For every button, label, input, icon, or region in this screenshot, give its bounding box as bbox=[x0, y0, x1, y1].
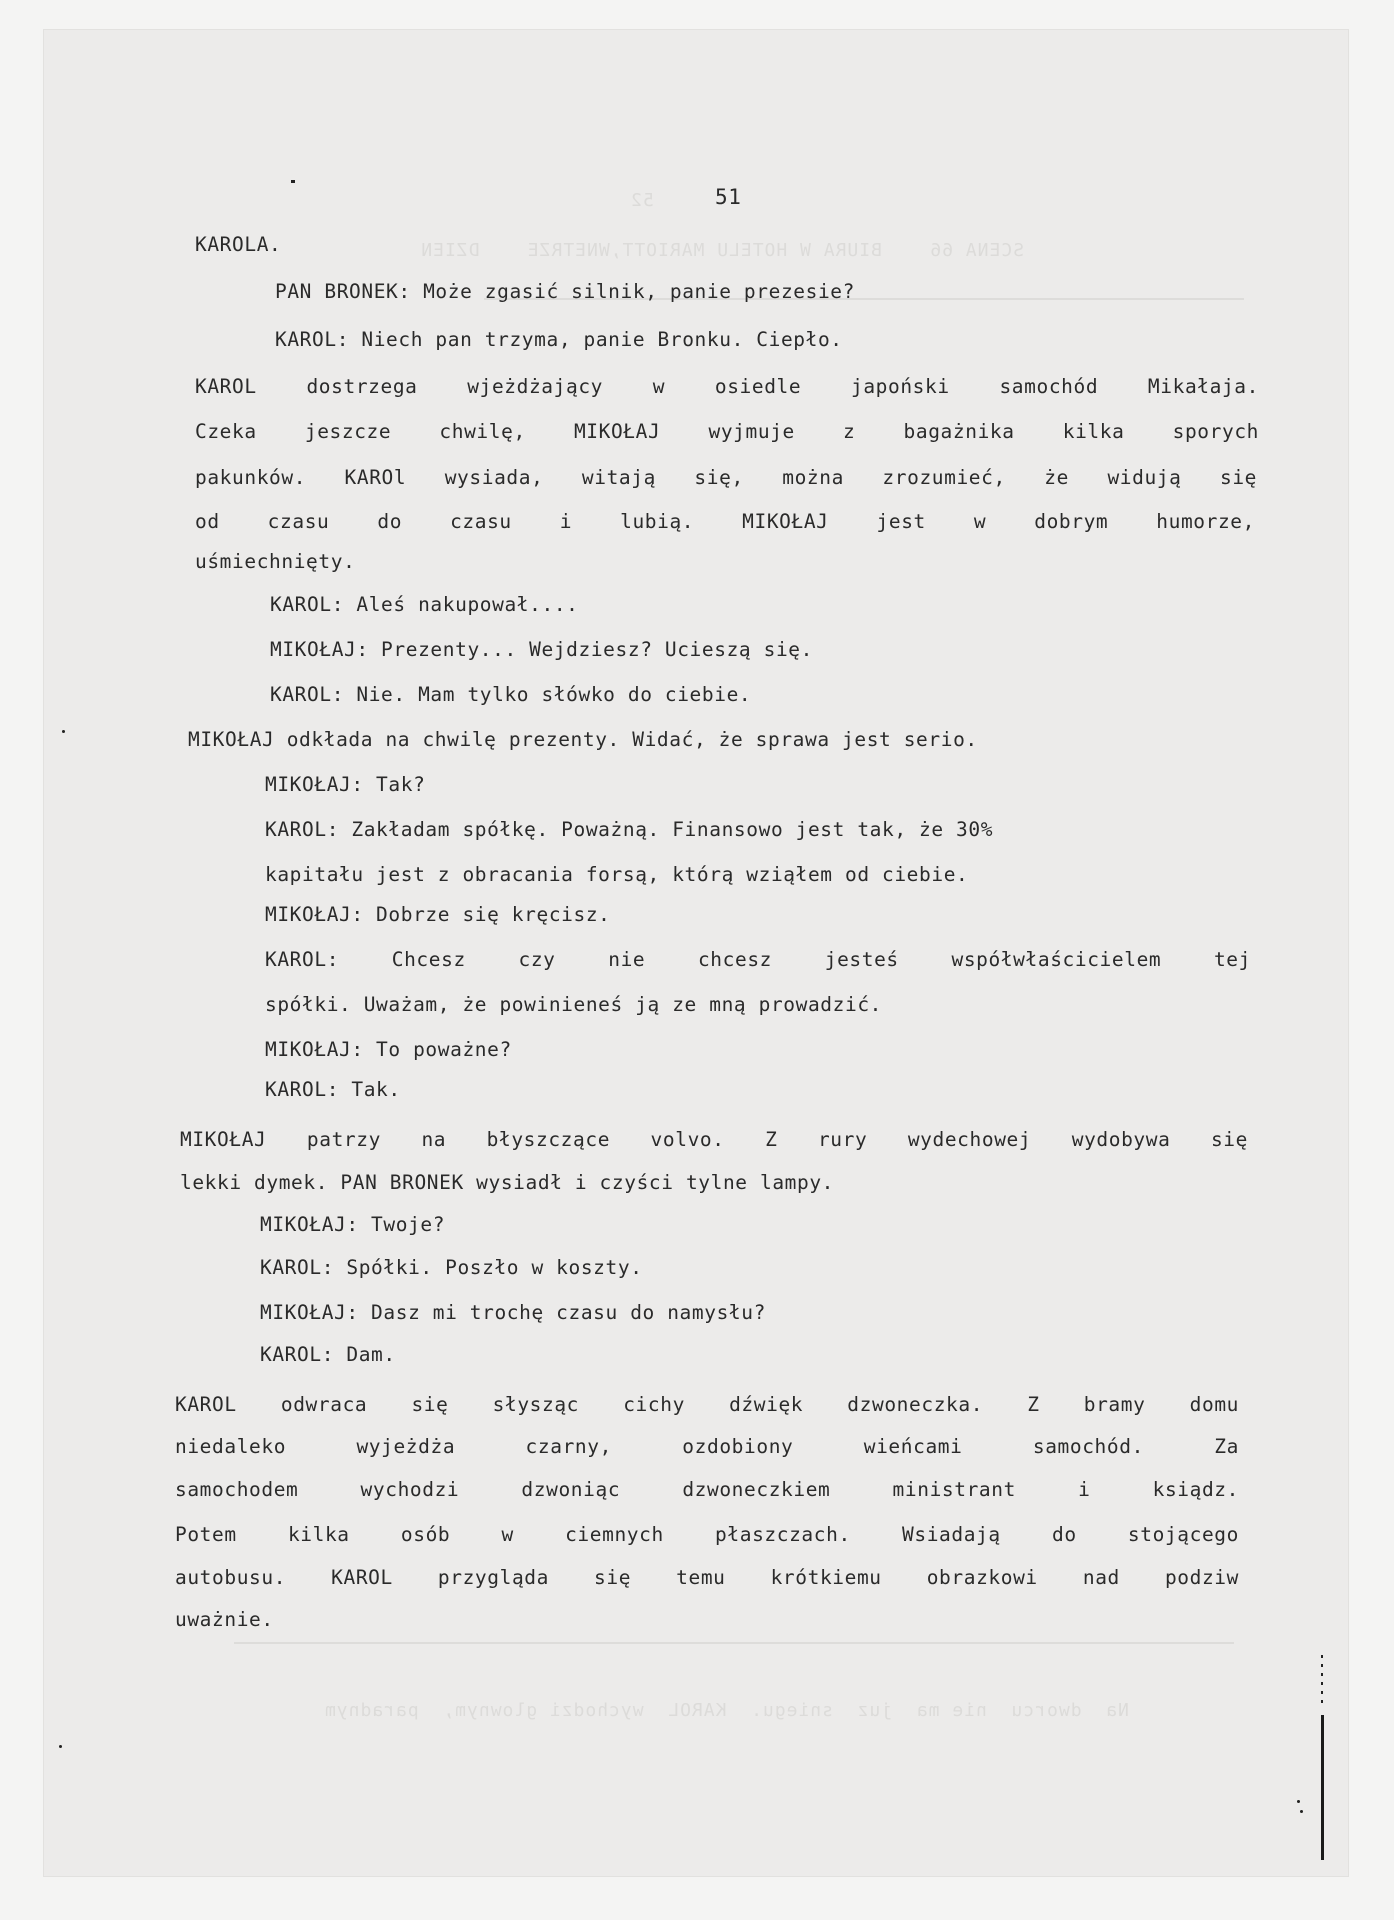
action-line: autobusu. KAROL przygląda się temu krótk… bbox=[175, 1566, 1239, 1590]
dialogue-line: MIKOŁAJ: Dasz mi trochę czasu do namysłu… bbox=[260, 1301, 766, 1325]
dialogue-line: KAROL: Tak. bbox=[265, 1078, 401, 1102]
dialogue-line: KAROL: Chcesz czy nie chcesz jesteś wspó… bbox=[265, 948, 1251, 972]
action-line: uśmiechnięty. bbox=[195, 550, 355, 574]
dialogue-line: KAROL: Dam. bbox=[260, 1343, 396, 1367]
action-line: niedaleko wyjeżdża czarny, ozdobiony wie… bbox=[175, 1435, 1239, 1459]
action-line: od czasu do czasu i lubią. MIKOŁAJ jest … bbox=[195, 510, 1255, 534]
dialogue-line: MIKOŁAJ: To poważne? bbox=[265, 1038, 512, 1062]
dialogue-line: MIKOŁAJ: Dobrze się kręcisz. bbox=[265, 903, 611, 927]
bleed-bottom-line: Na dworcu nie ma juz sniegu. KAROL wycho… bbox=[324, 1700, 1129, 1721]
dialogue-line: kapitału jest z obracania forsą, którą w… bbox=[265, 863, 968, 887]
stray-mark bbox=[291, 180, 295, 183]
bleed-page-number: 52 bbox=[630, 190, 654, 211]
action-line: uważnie. bbox=[175, 1608, 274, 1632]
action-line: MIKOŁAJ odkłada na chwilę prezenty. Wida… bbox=[188, 728, 978, 752]
document-page: 52 SCENA 66 BIURA W HOTELU MARIOTT,WNETR… bbox=[44, 30, 1348, 1876]
dialogue-line: MIKOŁAJ: Tak? bbox=[265, 773, 425, 797]
bleed-rule-bottom bbox=[234, 1642, 1234, 1644]
dialogue-line: KAROL: Spółki. Poszło w koszty. bbox=[260, 1256, 643, 1280]
dialogue-line: PAN BRONEK: Może zgasić silnik, panie pr… bbox=[275, 280, 855, 304]
dialogue-line: spółki. Uważam, że powinieneś ją ze mną … bbox=[265, 993, 882, 1017]
stray-mark bbox=[1300, 1810, 1303, 1813]
action-line: Potem kilka osób w ciemnych płaszczach. … bbox=[175, 1523, 1239, 1547]
dialogue-line: KAROL: Zakładam spółkę. Poważną. Finanso… bbox=[265, 818, 993, 842]
action-line: MIKOŁAJ patrzy na błyszczące volvo. Z ru… bbox=[180, 1128, 1248, 1152]
bleed-heading: SCENA 66 BIURA W HOTELU MARIOTT,WNETRZE … bbox=[374, 240, 1024, 261]
action-line: lekki dymek. PAN BRONEK wysiadł i czyści… bbox=[180, 1171, 834, 1195]
action-line: Czeka jeszcze chwilę, MIKOŁAJ wyjmuje z … bbox=[195, 420, 1259, 444]
margin-bar bbox=[1321, 1715, 1324, 1860]
dialogue-line: KAROL: Aleś nakupował.... bbox=[270, 593, 579, 617]
dialogue-line: KAROL: Nie. Mam tylko słówko do ciebie. bbox=[270, 683, 751, 707]
action-line: pakunków. KAROl wysiada, witają się, moż… bbox=[195, 466, 1257, 490]
action-line: KAROL odwraca się słysząc cichy dźwięk d… bbox=[175, 1393, 1239, 1417]
stray-mark bbox=[62, 730, 65, 733]
margin-dashes bbox=[1321, 1655, 1323, 1705]
stray-mark bbox=[1297, 1800, 1300, 1803]
stray-mark bbox=[59, 1745, 62, 1748]
dialogue-line: KAROL: Niech pan trzyma, panie Bronku. C… bbox=[275, 328, 843, 352]
action-line: KAROL dostrzega wjeżdżający w osiedle ja… bbox=[195, 375, 1259, 399]
dialogue-line: MIKOŁAJ: Prezenty... Wejdziesz? Ucieszą … bbox=[270, 638, 813, 662]
page-number: 51 bbox=[715, 185, 742, 209]
text-line: KAROLA. bbox=[195, 233, 281, 257]
dialogue-line: MIKOŁAJ: Twoje? bbox=[260, 1213, 445, 1237]
action-line: samochodem wychodzi dzwoniąc dzwoneczkie… bbox=[175, 1478, 1239, 1502]
